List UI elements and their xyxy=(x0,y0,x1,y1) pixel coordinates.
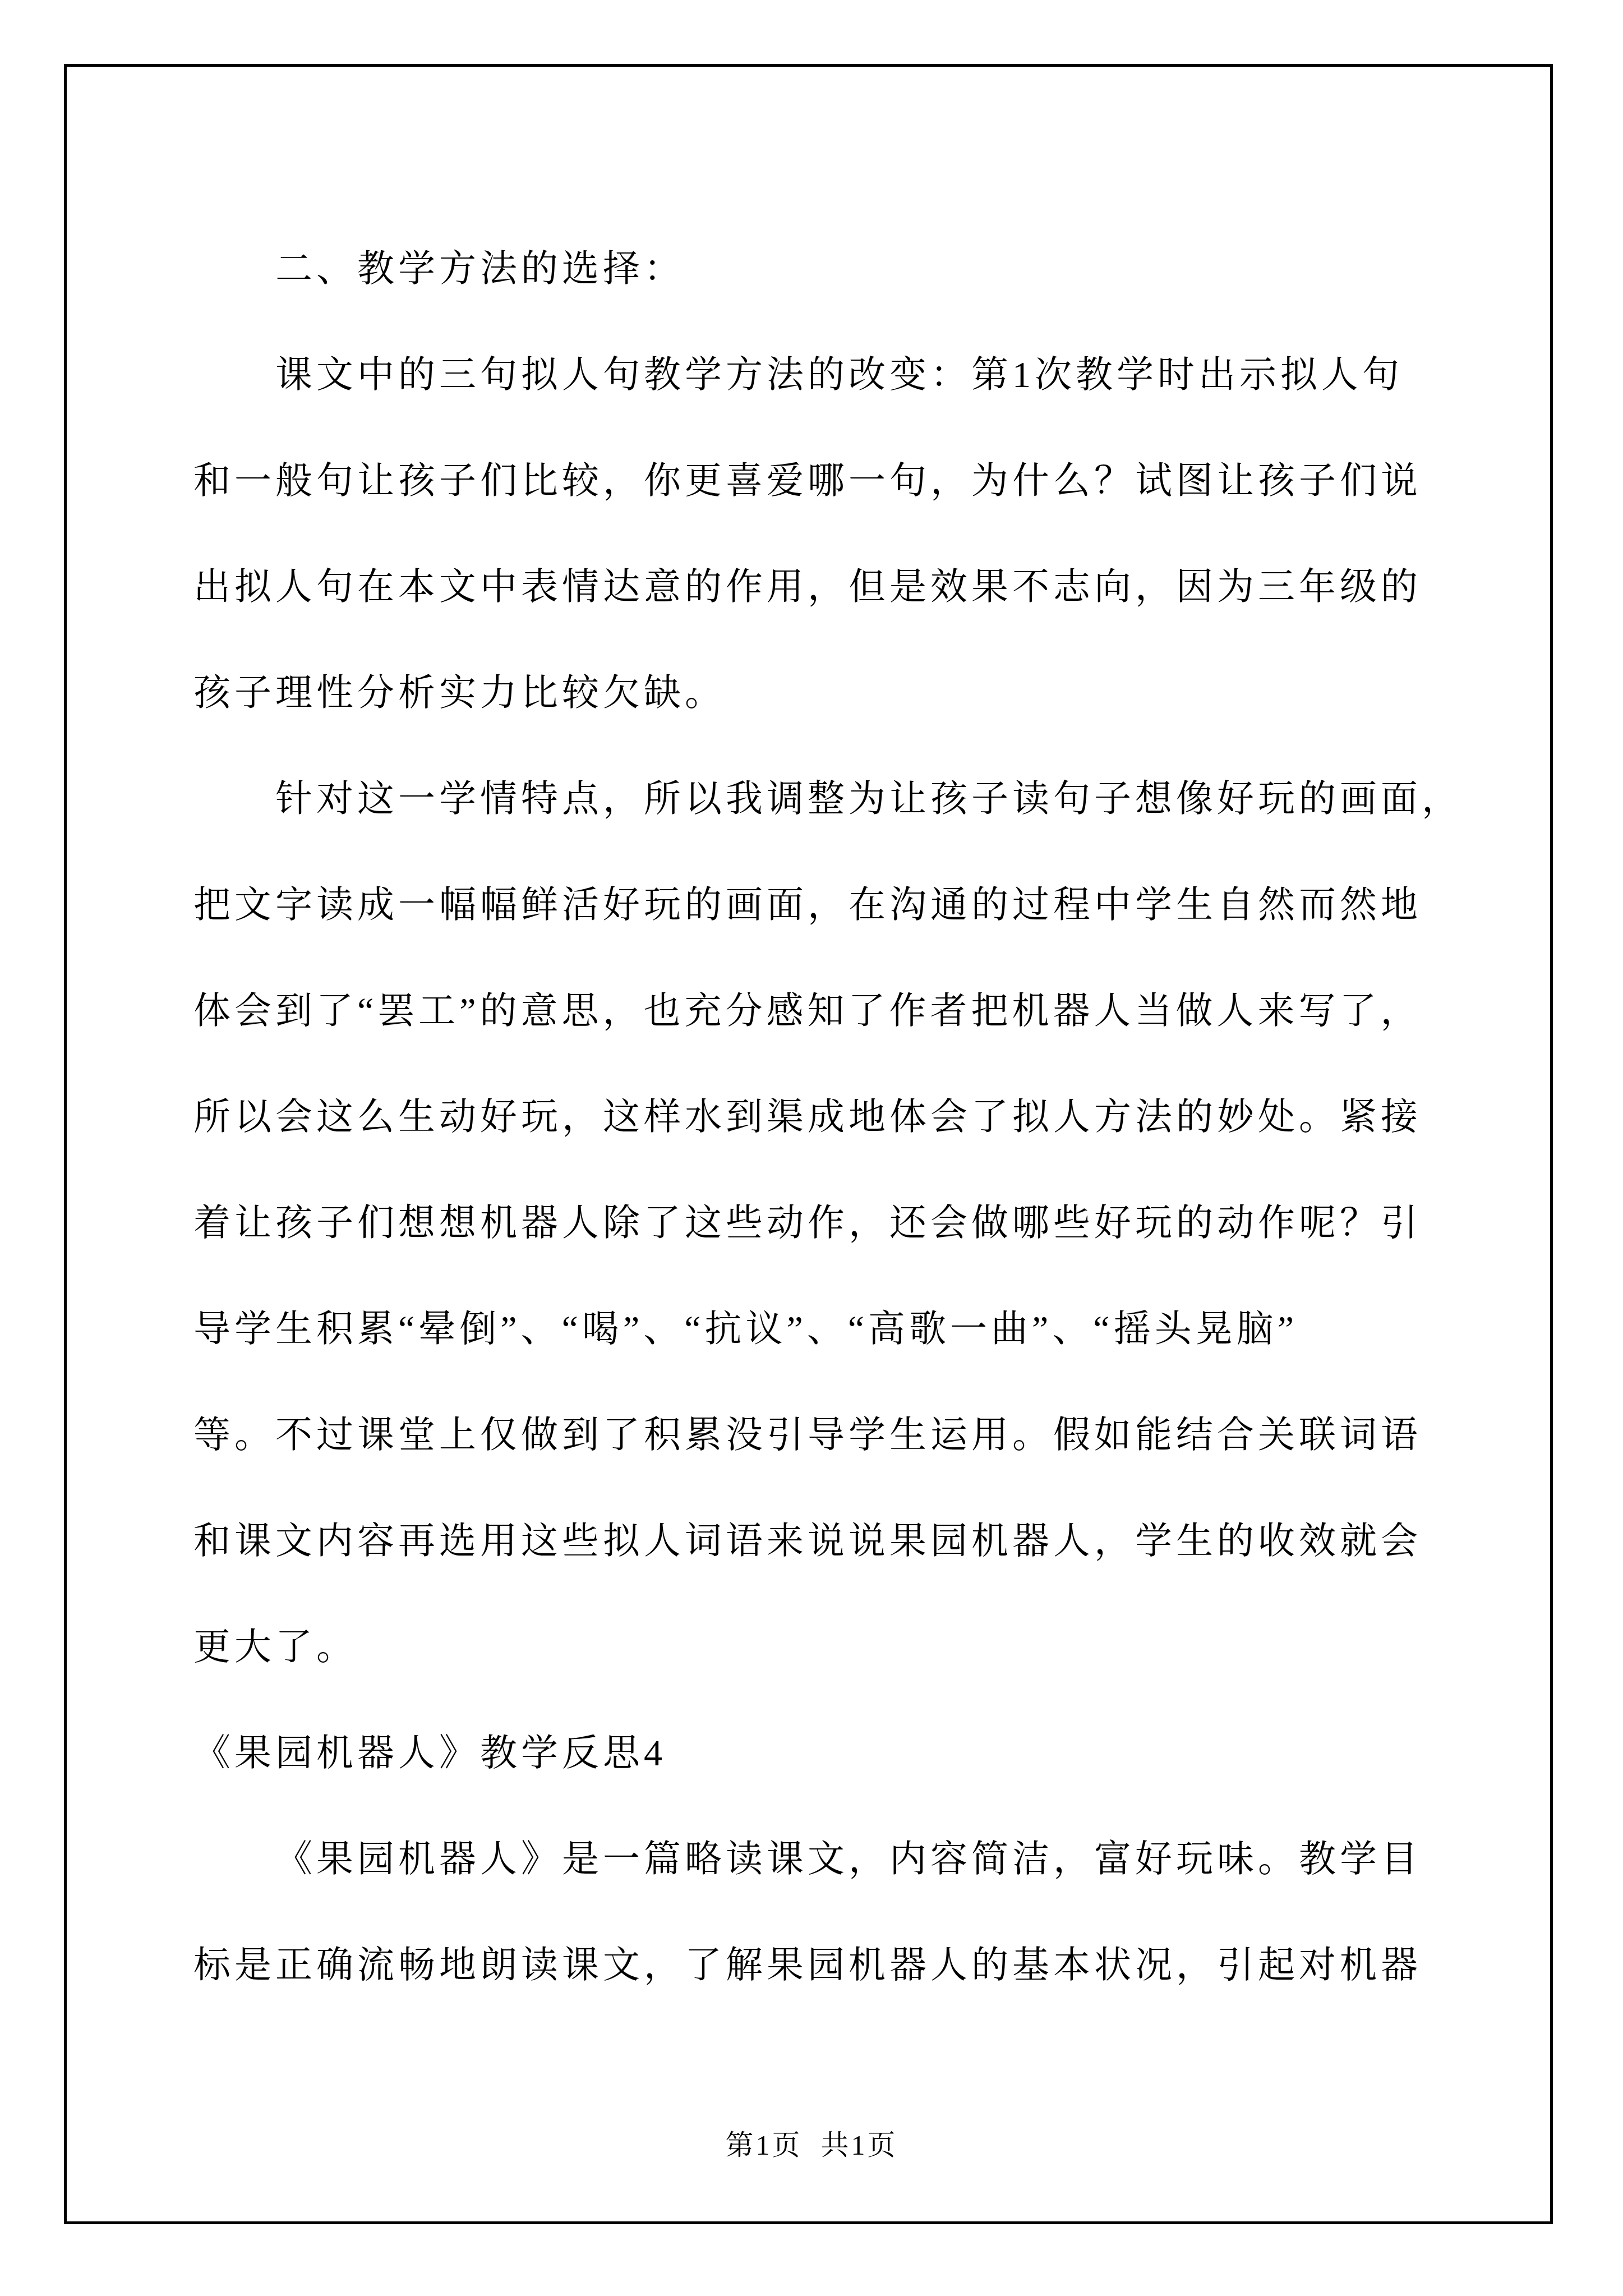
text-line: 《果园机器人》教学反思4 xyxy=(193,1731,666,1776)
text-line: 标是正确流畅地朗读课文，了解果园机器人的基本状况，引起对机器 xyxy=(193,1943,1422,1988)
text-line: 等。不过课堂上仅做到了积累没引导学生运用。假如能结合关联词语 xyxy=(193,1413,1422,1458)
text-line: 二、教学方法的选择： xyxy=(275,247,685,292)
document-text-area: 二、教学方法的选择：课文中的三句拟人句教学方法的改变：第1次教学时出示拟人句和一… xyxy=(0,0,1623,2296)
text-line: 课文中的三句拟人句教学方法的改变：第1次教学时出示拟人句 xyxy=(275,353,1403,398)
page-number-label: 第1页 共1页 xyxy=(726,2129,898,2161)
text-line: 所以会这么生动好玩，这样水到渠成地体会了拟人方法的妙处。紧接 xyxy=(193,1095,1422,1140)
text-line: 和一般句让孩子们比较，你更喜爱哪一句，为什么？试图让孩子们说 xyxy=(193,459,1422,504)
text-line: 更大了。 xyxy=(193,1625,357,1670)
text-line: 着让孩子们想想机器人除了这些动作，还会做哪些好玩的动作呢？引 xyxy=(193,1201,1422,1246)
text-line: 体会到了“罢工”的意思，也充分感知了作者把机器人当做人来写了， xyxy=(193,989,1422,1034)
text-line: 把文字读成一幅幅鲜活好玩的画面，在沟通的过程中学生自然而然地 xyxy=(193,883,1422,928)
text-line: 和课文内容再选用这些拟人词语来说说果园机器人，学生的收效就会 xyxy=(193,1519,1422,1564)
page-footer: 第1页 共1页 xyxy=(0,2129,1623,2161)
text-line: 孩子理性分析实力比较欠缺。 xyxy=(193,671,726,716)
text-line: 针对这一学情特点，所以我调整为让孩子读句子想像好玩的画面， xyxy=(275,777,1463,822)
text-line: 导学生积累“晕倒”、“喝”、“抗议”、“高歌一曲”、“摇头晃脑” xyxy=(193,1307,1298,1352)
text-line: 《果园机器人》是一篇略读课文，内容简洁，富好玩味。教学目 xyxy=(275,1837,1422,1882)
document-page: 二、教学方法的选择：课文中的三句拟人句教学方法的改变：第1次教学时出示拟人句和一… xyxy=(0,0,1623,2296)
text-line: 出拟人句在本文中表情达意的作用，但是效果不志向，因为三年级的 xyxy=(193,565,1422,610)
